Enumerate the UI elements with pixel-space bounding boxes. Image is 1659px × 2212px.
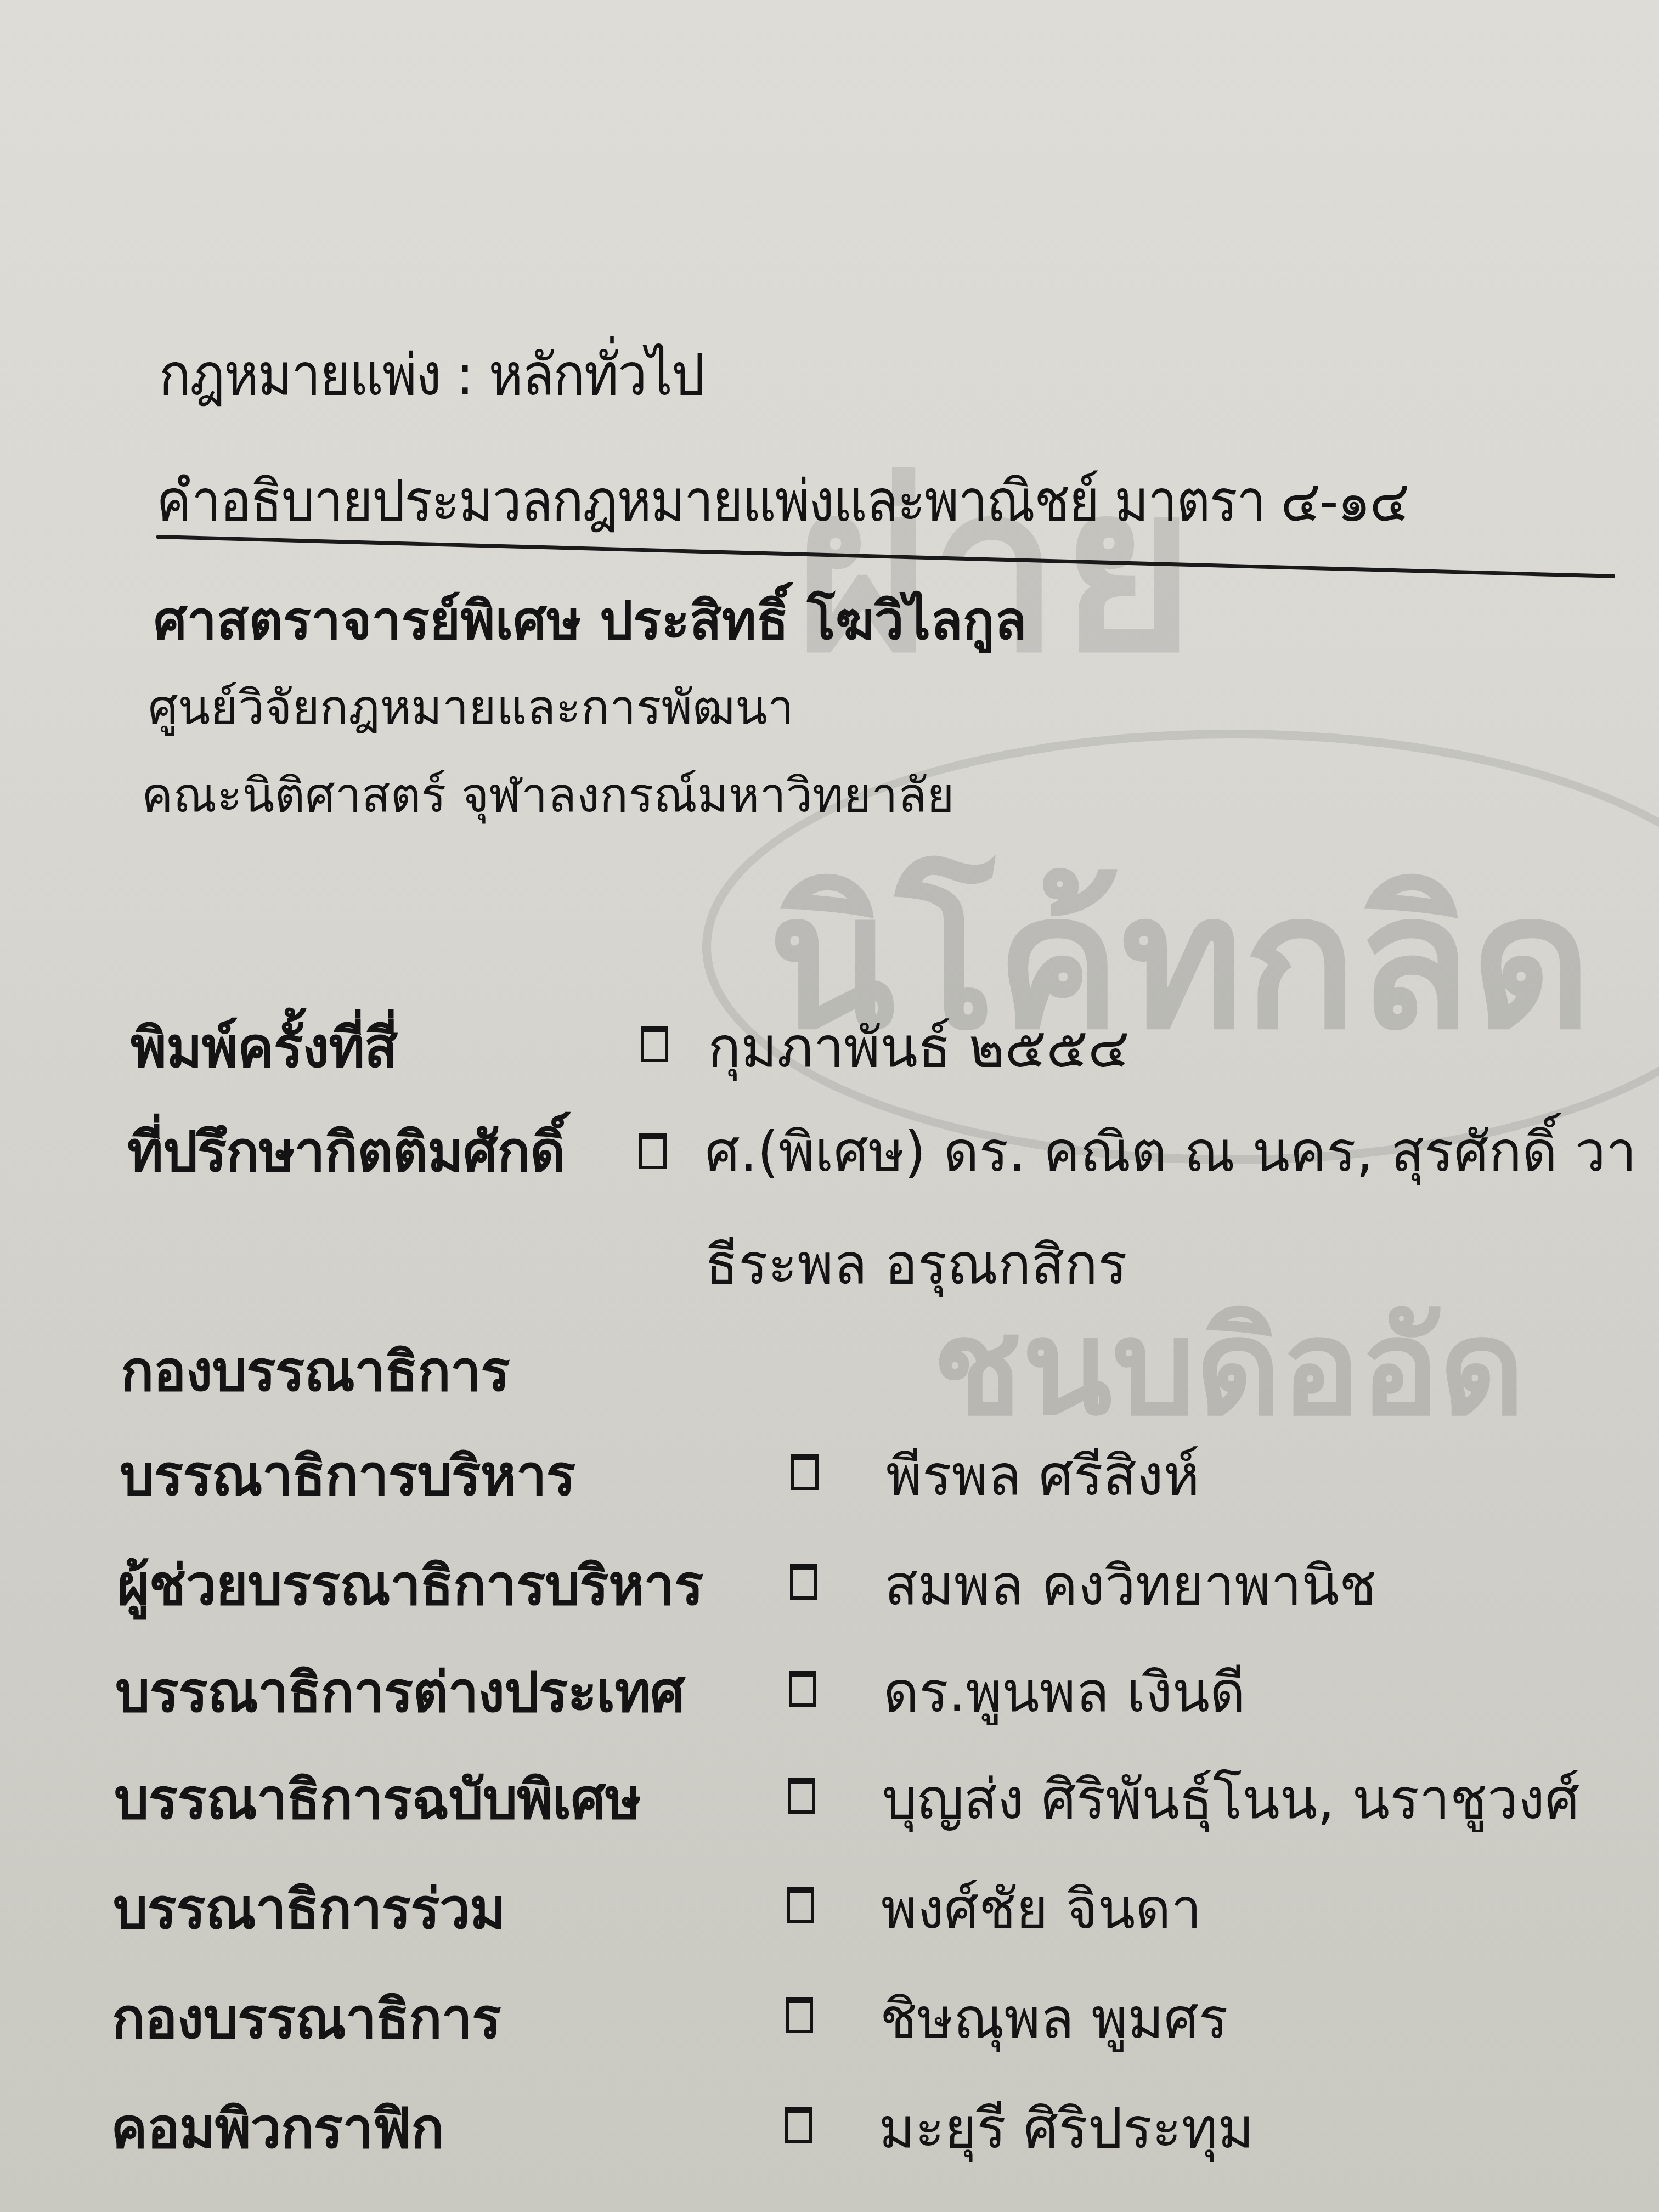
editor-role: บรรณาธิการร่วม [113,1865,505,1953]
editor-row: บรรณาธิการฉบับพิเศษ บุญส่ง ศิริพันธุ์โนน… [0,1756,1659,1838]
bullet-box-icon [641,1026,668,1062]
editor-name: สมพล คงวิทยาพานิช [884,1542,1376,1629]
bullet-box-icon [791,1454,819,1490]
book-title: กฎหมายแพ่ง : หลักทั่วไป [159,329,704,420]
affiliation-faculty: คณะนิติศาสตร์ จุฬาลงกรณ์มหาวิทยาลัย [142,757,955,832]
editor-row: คอมพิวกราฟิก มะยุรี ศิริประทุม [0,2085,1659,2167]
bullet-box-icon [639,1133,667,1169]
editor-role: บรรณาธิการฉบับพิเศษ [114,1756,641,1843]
edition-value: กุมภาพันธ์ ๒๕๕๔ [708,1004,1130,1091]
advisor-value-continued: ธีระพล อรุณกสิกร [705,1221,1127,1308]
editor-row: บรรณาธิการบริหาร พีรพล ศรีสิงห์ [0,1432,1659,1514]
affiliation-center: ศูนย์วิจัยกฎหมายและการพัฒนา [148,669,794,744]
bullet-box-icon [788,1778,815,1814]
show-through-top-text: ผ่าย [795,384,1195,751]
book-subtitle: คำอธิบายประมวลกฎหมายแพ่งและพาณิชย์ มาตรา… [156,455,1408,546]
editorial-heading: กองบรรณาธิการ [121,1328,510,1415]
book-page: นิโค้ทกลิด ชนบดิออัด ผ่าย กฎหมายแพ่ง : ห… [0,0,1659,2212]
editor-role: คอมพิวกราฟิก [111,2085,444,2172]
advisor-label: ที่ปรึกษากิตติมศักดิ์ [127,1108,565,1195]
editor-name: มะยุรี ศิริประทุม [879,2085,1254,2172]
editor-row: บรรณาธิการต่างประเทศ ดร.พูนพล เงินดี [0,1649,1659,1731]
edition-label: พิมพ์ครั้งที่สี่ [131,1004,397,1091]
editor-role: ผู้ช่วยบรรณาธิการบริหาร [117,1542,703,1629]
editor-name: พงศ์ชัย จินดา [881,1865,1202,1953]
editor-role: กองบรรณาธิการ [112,1975,501,2062]
edition-row: พิมพ์ครั้งที่สี่ กุมภาพันธ์ ๒๕๕๔ [0,1004,1659,1086]
bullet-box-icon [786,1997,813,2033]
editor-row: ผู้ช่วยบรรณาธิการบริหาร สมพล คงวิทยาพานิ… [0,1542,1659,1624]
editor-row: บรรณาธิการร่วม พงศ์ชัย จินดา [0,1865,1659,1948]
editor-role: บรรณาธิการต่างประเทศ [115,1649,685,1736]
editor-name: พีรพล ศรีสิงห์ [886,1432,1200,1519]
bullet-box-icon [787,1887,814,1923]
bullet-box-icon [789,1671,816,1707]
editor-role: บรรณาธิการบริหาร [120,1432,575,1519]
author-name: ศาสตราจารย์พิเศษ ประสิทธิ์ โฆวิไลกูล [154,579,1027,662]
editor-name: ดร.พูนพล เงินดี [883,1649,1245,1736]
bullet-box-icon [790,1564,817,1600]
editor-name: ชิษณุพล พูมศร [880,1975,1228,2062]
advisor-row: ที่ปรึกษากิตติมศักดิ์ ศ.(พิเศษ) ดร. คณิต… [0,1108,1659,1190]
editor-name: บุญส่ง ศิริพันธุ์โนน, นราชูวงศ์ [882,1756,1579,1843]
editor-row: กองบรรณาธิการ ชิษณุพล พูมศร [0,1975,1659,2057]
advisor-value: ศ.(พิเศษ) ดร. คณิต ณ นคร, สุรศักดิ์ วา [705,1108,1637,1195]
bullet-box-icon [785,2107,812,2143]
